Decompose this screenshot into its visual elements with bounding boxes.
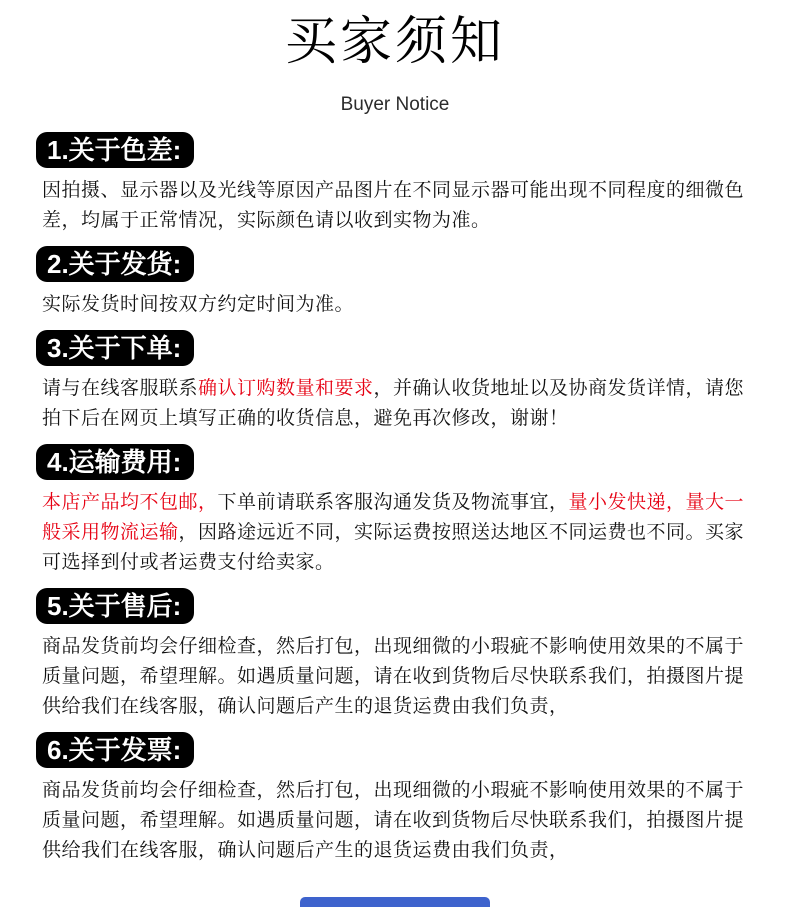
section-paragraph: 本店产品均不包邮，下单前请联系客服沟通发货及物流事宜，量小发快递，量大一般采用物…: [42, 488, 748, 578]
text-segment: 商品发货前均会仔细检查，然后打包，出现细微的小瑕疵不影响使用效果的不属于质量问题…: [42, 636, 744, 717]
section-color-difference: 1.关于色差: 因拍摄、显示器以及光线等原因产品图片在不同显示器可能出现不同程度…: [0, 132, 790, 236]
section-freight: 4.运输费用: 本店产品均不包邮，下单前请联系客服沟通发货及物流事宜，量小发快递…: [0, 444, 790, 578]
section-shipping: 2.关于发货: 实际发货时间按双方约定时间为准。: [0, 246, 790, 320]
text-segment: 请与在线客服联系: [42, 378, 198, 399]
text-segment: 实际发货时间按双方约定时间为准。: [42, 294, 354, 315]
section-paragraph: 商品发货前均会仔细检查，然后打包，出现细微的小瑕疵不影响使用效果的不属于质量问题…: [42, 632, 748, 722]
section-paragraph: 商品发货前均会仔细检查，然后打包，出现细微的小瑕疵不影响使用效果的不属于质量问题…: [42, 776, 748, 866]
section-badge: 2.关于发货:: [36, 246, 194, 282]
section-paragraph: 因拍摄、显示器以及光线等原因产品图片在不同显示器可能出现不同程度的细微色差，均属…: [42, 176, 748, 236]
page-subtitle: Buyer Notice: [0, 94, 790, 116]
text-segment: 下单前请联系客服沟通发货及物流事宜，: [218, 492, 569, 513]
text-segment: 商品发货前均会仔细检查，然后打包，出现细微的小瑕疵不影响使用效果的不属于质量问题…: [42, 780, 744, 861]
section-after-sales: 5.关于售后: 商品发货前均会仔细检查，然后打包，出现细微的小瑕疵不影响使用效果…: [0, 588, 790, 722]
section-badge: 5.关于售后:: [36, 588, 194, 624]
section-badge: 4.运输费用:: [36, 444, 194, 480]
section-ordering: 3.关于下单: 请与在线客服联系确认订购数量和要求，并确认收货地址以及协商发货详…: [0, 330, 790, 434]
section-paragraph: 实际发货时间按双方约定时间为准。: [42, 290, 748, 320]
section-invoice: 6.关于发票: 商品发货前均会仔细检查，然后打包，出现细微的小瑕疵不影响使用效果…: [0, 732, 790, 866]
page-title: 买家须知: [0, 14, 790, 70]
section-badge: 3.关于下单:: [36, 330, 194, 366]
section-badge: 1.关于色差:: [36, 132, 194, 168]
text-segment: 因拍摄、显示器以及光线等原因产品图片在不同显示器可能出现不同程度的细微色差，均属…: [42, 180, 744, 231]
bottom-indicator-bar: [300, 897, 490, 907]
section-badge: 6.关于发票:: [36, 732, 194, 768]
buyer-notice-page: 买家须知 Buyer Notice 1.关于色差: 因拍摄、显示器以及光线等原因…: [0, 0, 790, 866]
section-paragraph: 请与在线客服联系确认订购数量和要求，并确认收货地址以及协商发货详情，请您拍下后在…: [42, 374, 748, 434]
text-segment-highlight: 确认订购数量和要求: [198, 378, 374, 399]
text-segment-highlight: 本店产品均不包邮，: [42, 492, 218, 513]
